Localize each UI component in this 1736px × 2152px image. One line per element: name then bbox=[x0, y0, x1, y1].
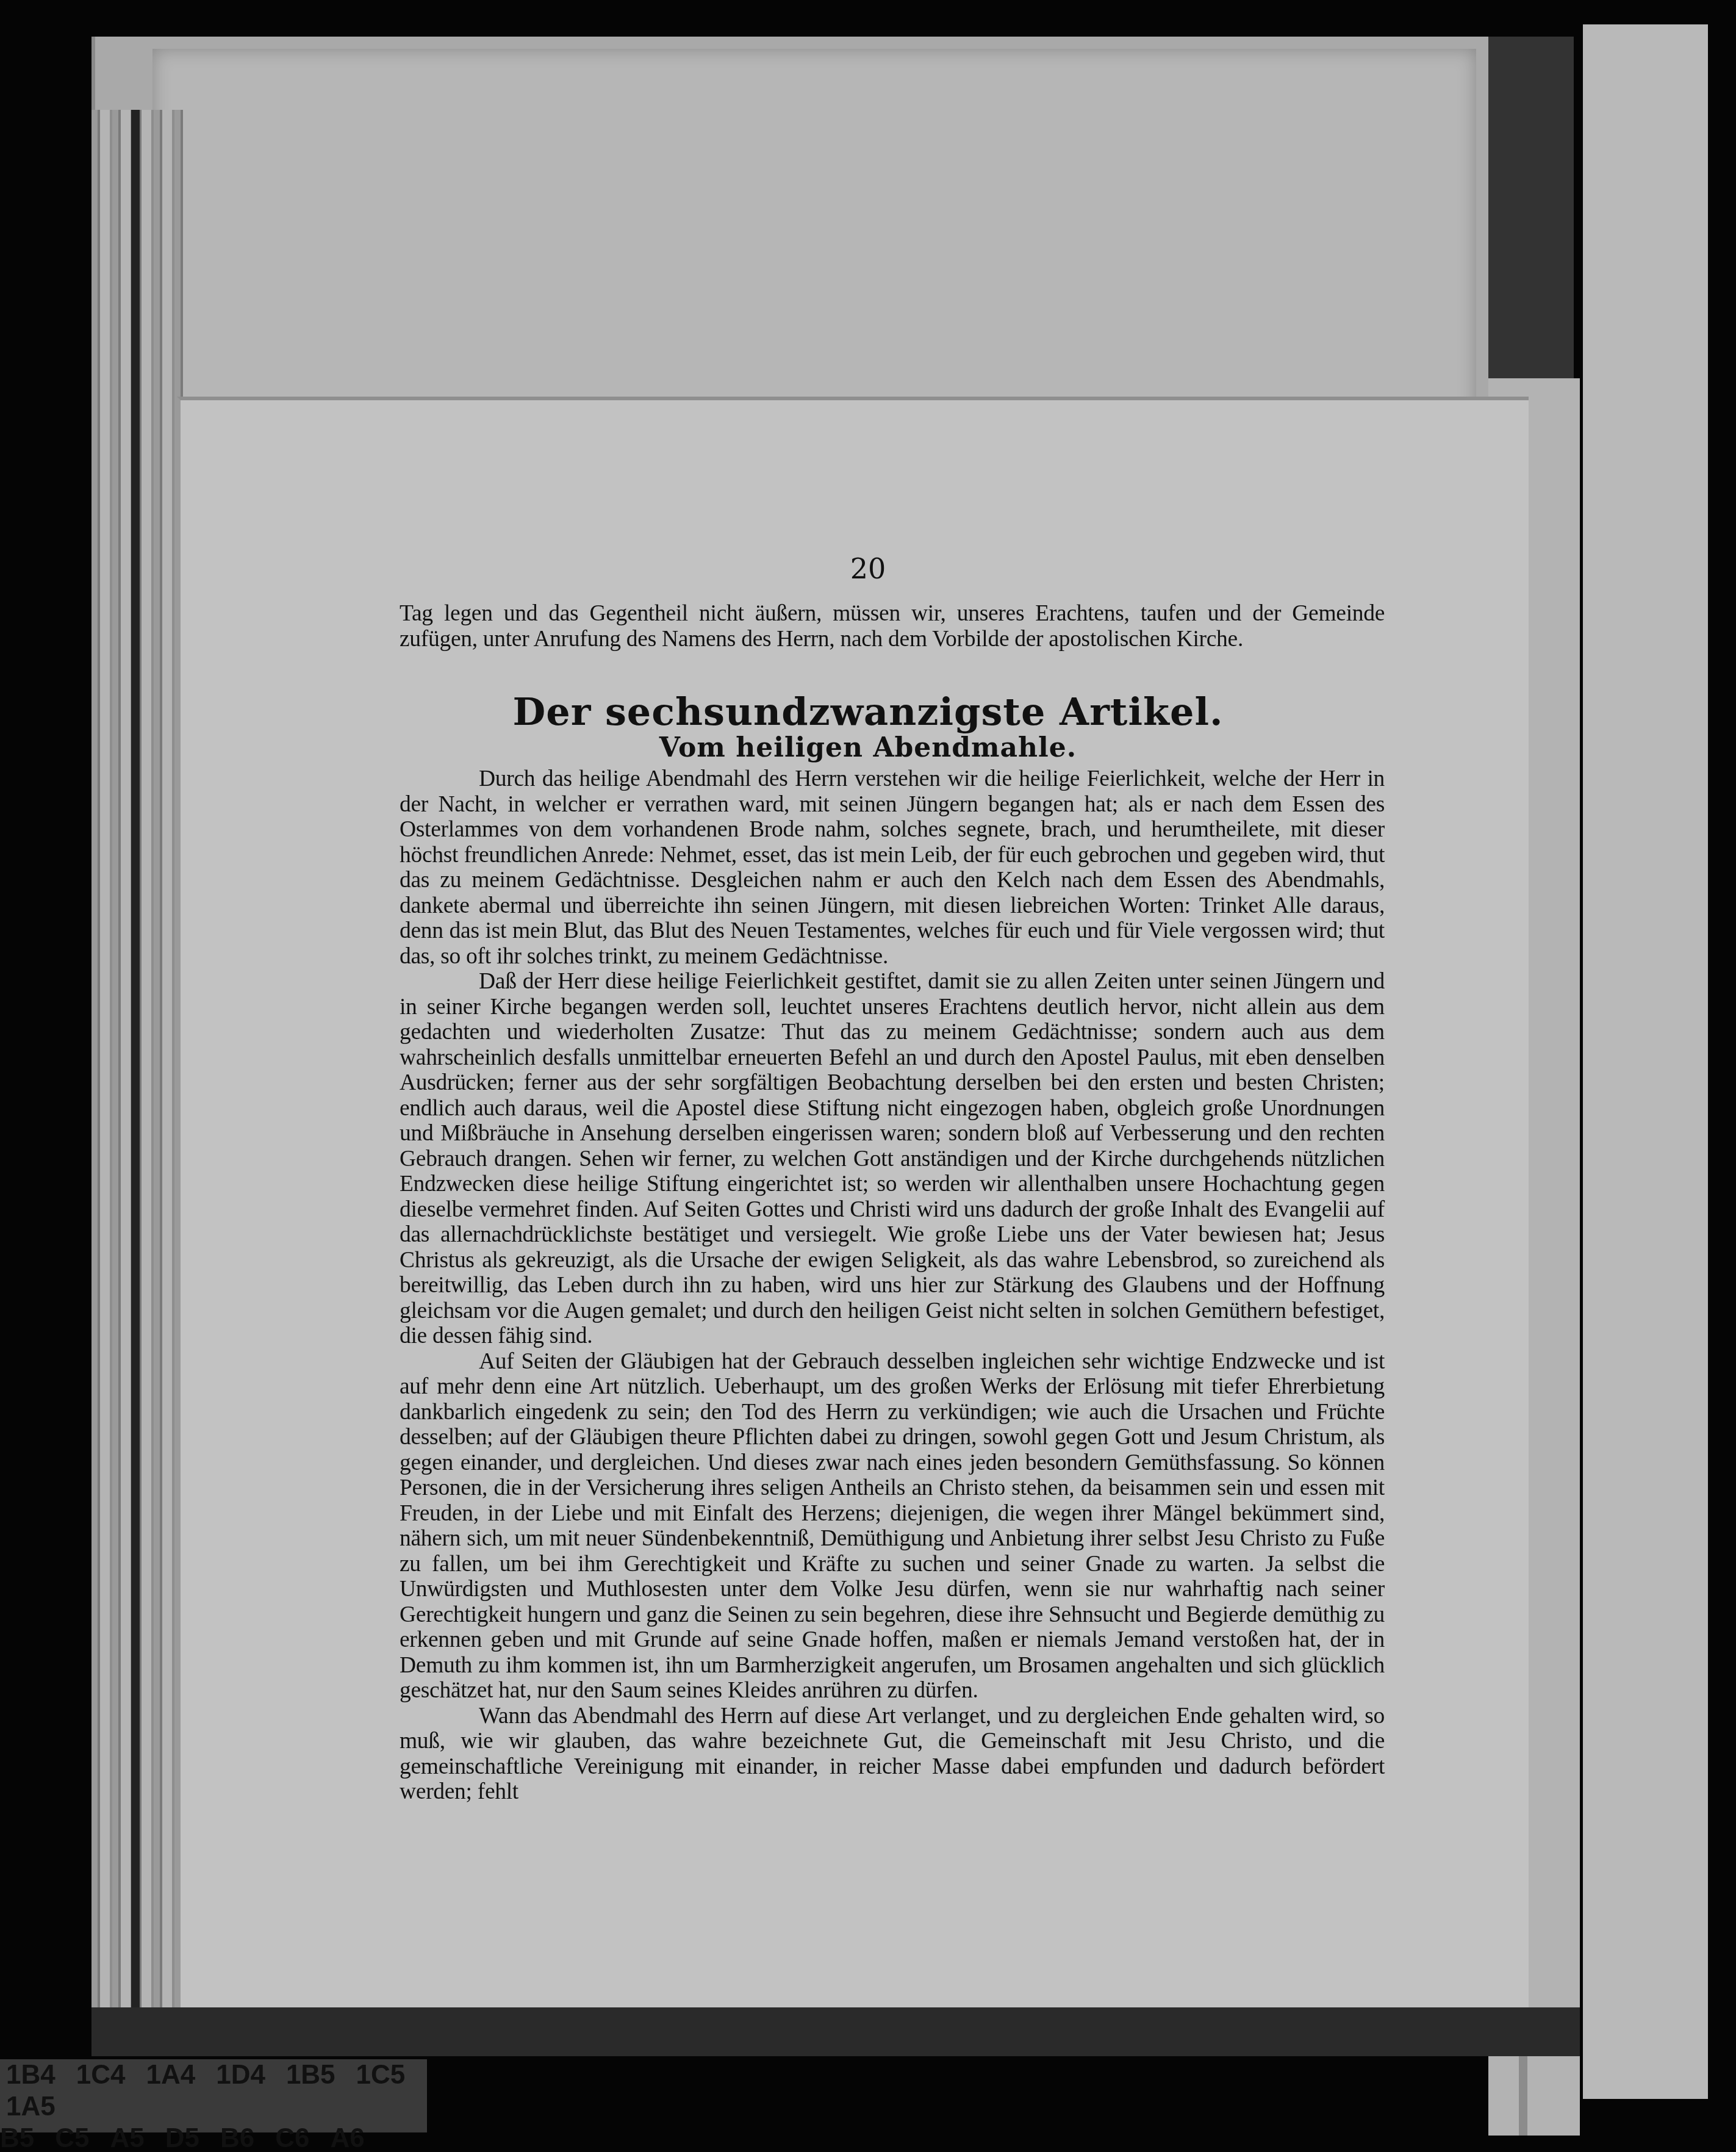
underlying-page-top bbox=[152, 49, 1476, 421]
film-mark: C5 bbox=[55, 2123, 89, 2152]
article-body: Durch das heilige Abendmahl des Herrn ve… bbox=[400, 766, 1385, 1805]
paragraph-text: Tag legen und das Gegentheil nicht äußer… bbox=[400, 601, 1385, 652]
film-mark: D5 bbox=[165, 2123, 199, 2152]
film-mark: C6 bbox=[275, 2123, 309, 2152]
adjacent-page-edge bbox=[1583, 24, 1708, 2099]
paragraph-1: Durch das heilige Abendmahl des Herrn ve… bbox=[400, 766, 1385, 969]
film-marks-row-2: B5C5A5D5B6C6A6 bbox=[0, 2123, 427, 2152]
film-mark: B5 bbox=[0, 2123, 34, 2152]
film-mark: 1A5 bbox=[6, 2091, 56, 2123]
film-marks-row-1: 1B41C41A41D41B51C51A5 bbox=[0, 2059, 427, 2123]
paragraph-3: Auf Seiten der Gläubigen hat der Gebrauc… bbox=[400, 1349, 1385, 1704]
binding-gap bbox=[1488, 37, 1574, 415]
paragraph-2: Daß der Herr diese heilige Feierlichkeit… bbox=[400, 969, 1385, 1349]
film-mark: 1B4 bbox=[6, 2059, 56, 2091]
film-frame-marks: 1B41C41A41D41B51C51A5 B5C5A5D5B6C6A6 bbox=[0, 2059, 427, 2132]
article-title: Der sechsundzwanzigste Artikel. bbox=[0, 689, 1736, 734]
page-number: 20 bbox=[0, 552, 1736, 585]
film-mark: 1A4 bbox=[146, 2059, 195, 2091]
film-mark: 1C4 bbox=[76, 2059, 126, 2091]
paragraph-4: Wann das Abendmahl des Herrn auf diese A… bbox=[400, 1704, 1385, 1805]
continuation-paragraph: Tag legen und das Gegentheil nicht äußer… bbox=[400, 601, 1385, 652]
film-mark: 1C5 bbox=[356, 2059, 406, 2091]
film-mark: 1D4 bbox=[216, 2059, 265, 2091]
film-mark: A6 bbox=[331, 2123, 365, 2152]
page-bottom-shadow bbox=[91, 2007, 1580, 2056]
film-mark: A5 bbox=[110, 2123, 145, 2152]
film-mark: B6 bbox=[220, 2123, 254, 2152]
film-mark: 1B5 bbox=[286, 2059, 335, 2091]
binding-shadow bbox=[131, 110, 140, 2013]
article-subtitle: Vom heiligen Abendmahle. bbox=[0, 732, 1736, 763]
